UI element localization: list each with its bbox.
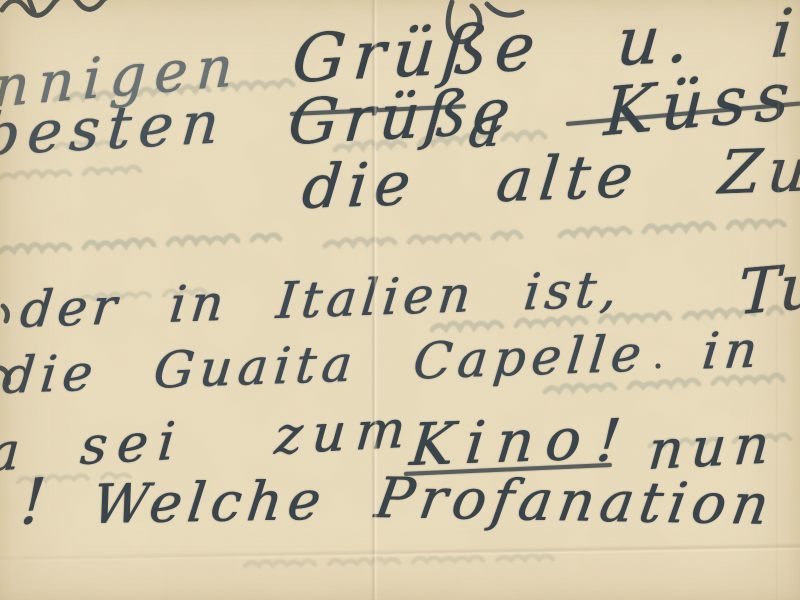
- cut-off-stroke-fragments: [0, 0, 800, 600]
- left-edge-mark: [1, 368, 8, 383]
- top-left-stroke-fragment: [2, 0, 120, 15]
- letter-page: innigen Grüße u. in besten Grüße a Küss …: [0, 0, 800, 600]
- left-edge-mark: [3, 306, 7, 321]
- top-center-stroke-fragment: [448, 2, 480, 42]
- ink-speck: [655, 363, 660, 368]
